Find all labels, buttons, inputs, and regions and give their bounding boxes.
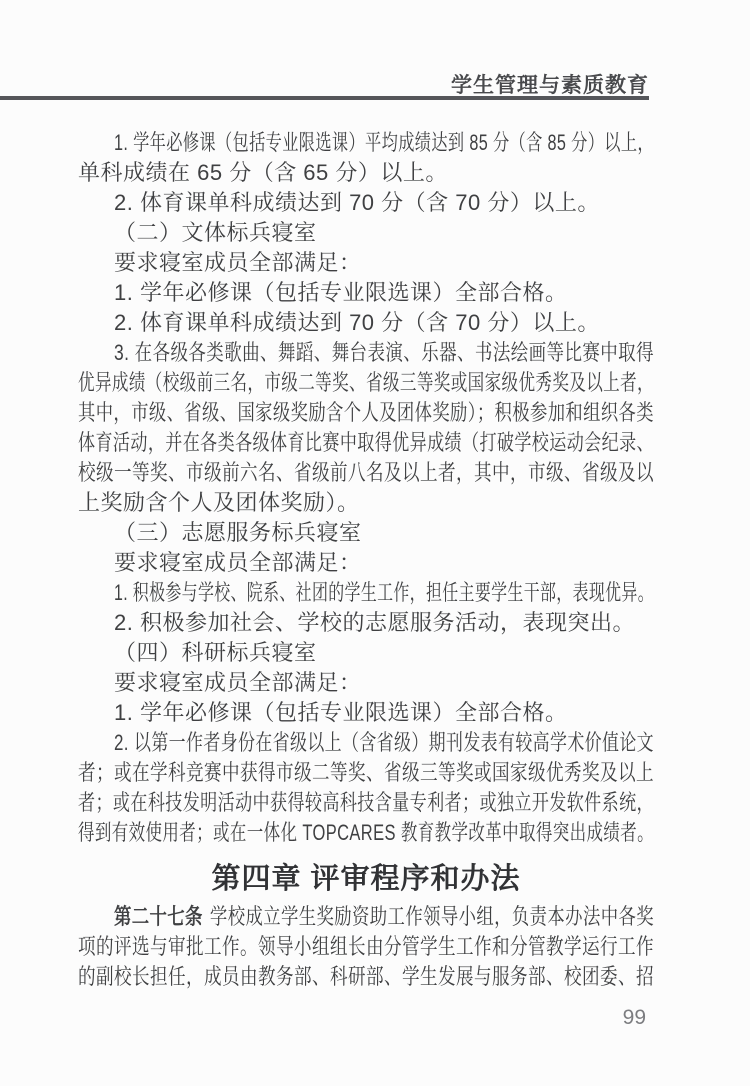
- body-line: 要求寝室成员全部满足：: [78, 248, 654, 278]
- article-number: 第二十七条: [114, 904, 203, 929]
- body-line: 2. 体育课单科成绩达到 70 分（含 70 分）以上。: [78, 188, 654, 218]
- running-header: 学生管理与素质教育: [451, 69, 649, 99]
- article-line: 第二十七条学校成立学生奖励资助工作领导小组，负责本办法中各奖: [78, 902, 654, 932]
- body-line: 1. 学年必修课（包括专业限选课）全部合格。: [78, 278, 654, 308]
- body-line: 要求寝室成员全部满足：: [78, 668, 654, 698]
- body-line: 要求寝室成员全部满足：: [78, 548, 654, 578]
- running-header-title: 学生管理与素质教育: [451, 74, 649, 97]
- page-number: 99: [623, 1007, 646, 1029]
- article-line: 项的评选与审批工作。领导小组组长由分管学生工作和分管教学运行工作: [78, 932, 654, 962]
- body-line: 体育活动，并在各类各级体育比赛中取得优异成绩（打破学校运动会纪录、: [78, 428, 654, 458]
- body-line: （二）文体标兵寝室: [78, 218, 654, 248]
- body-line: 得到有效使用者；或在一体化 TOPCARES 教育教学改革中取得突出成绩者。: [78, 818, 654, 848]
- body-line: 2. 体育课单科成绩达到 70 分（含 70 分）以上。: [78, 308, 654, 338]
- body-line: 3. 在各级各类歌曲、舞蹈、舞台表演、乐器、书法绘画等比赛中取得: [78, 338, 654, 368]
- body-line: （三）志愿服务标兵寝室: [78, 518, 654, 548]
- body-line: 1. 学年必修课（包括专业限选课）平均成绩达到 85 分（含 85 分）以上，: [78, 128, 654, 158]
- article-line: 的副校长担任，成员由教务部、科研部、学生发展与服务部、校团委、招: [78, 962, 654, 992]
- page-body: 1. 学年必修课（包括专业限选课）平均成绩达到 85 分（含 85 分）以上， …: [78, 128, 654, 992]
- header-rule: [0, 96, 649, 100]
- document-page: 学生管理与素质教育 1. 学年必修课（包括专业限选课）平均成绩达到 85 分（含…: [0, 0, 750, 1086]
- body-line: 上奖励含个人及团体奖励）。: [78, 488, 654, 518]
- body-line: 2. 积极参加社会、学校的志愿服务活动，表现突出。: [78, 608, 654, 638]
- chapter-heading: 第四章 评审程序和办法: [78, 860, 654, 898]
- body-line: 1. 学年必修课（包括专业限选课）全部合格。: [78, 698, 654, 728]
- body-line: 优异成绩（校级前三名，市级二等奖、省级三等奖或国家级优秀奖及以上者，: [78, 368, 654, 398]
- body-line: 单科成绩在 65 分（含 65 分）以上。: [78, 158, 654, 188]
- body-line: 1. 积极参与学校、院系、社团的学生工作，担任主要学生干部，表现优异。: [78, 578, 654, 608]
- article-text: 学校成立学生奖励资助工作领导小组，负责本办法中各奖: [210, 904, 654, 929]
- body-line: （四）科研标兵寝室: [78, 638, 654, 668]
- body-line: 者；或在科技发明活动中获得较高科技含量专利者；或独立开发软件系统，: [78, 788, 654, 818]
- body-line: 者；或在学科竞赛中获得市级二等奖、省级三等奖或国家级优秀奖及以上: [78, 758, 654, 788]
- body-line: 校级一等奖、市级前六名、省级前八名及以上者，其中，市级、省级及以: [78, 458, 654, 488]
- body-line: 其中，市级、省级、国家级奖励含个人及团体奖励）；积极参加和组织各类: [78, 398, 654, 428]
- body-line: 2. 以第一作者身份在省级以上（含省级）期刊发表有较高学术价值论文: [78, 728, 654, 758]
